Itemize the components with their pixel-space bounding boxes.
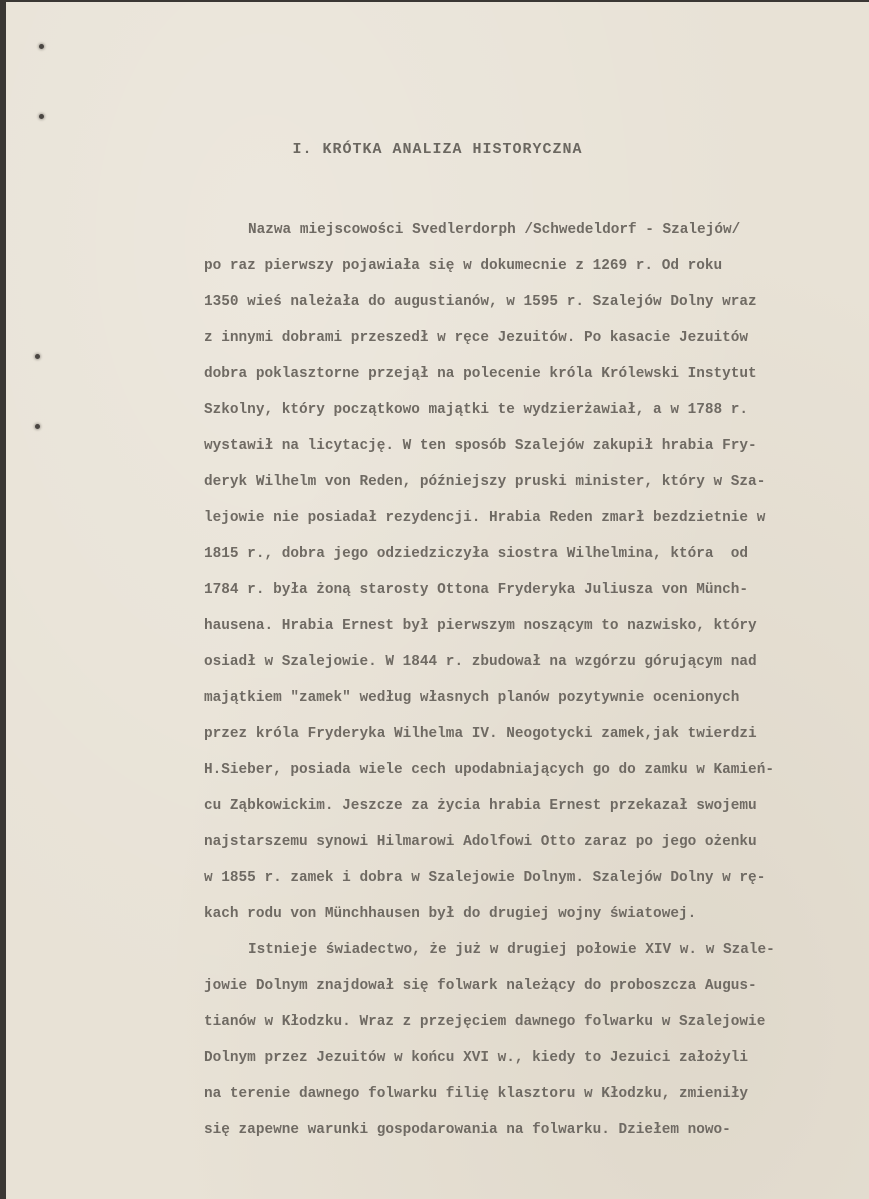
text-line: na terenie dawnego folwarku filię klaszt… — [204, 1086, 748, 1102]
text-line: dobra poklasztorne przejął na polecenie … — [204, 366, 757, 382]
text-line: się zapewne warunki gospodarowania na fo… — [204, 1122, 731, 1138]
text-line: deryk Wilhelm von Reden, późniejszy prus… — [204, 474, 765, 490]
text-line: Nazwa miejscowości Svedlerdorph /Schwede… — [248, 222, 740, 238]
text-line: Szkolny, który początkowo majątki te wyd… — [204, 402, 748, 418]
text-line: z innymi dobrami przeszedł w ręce Jezuit… — [204, 330, 748, 346]
text-line: 1350 wieś należała do augustianów, w 159… — [204, 294, 757, 310]
text-line: jowie Dolnym znajdował się folwark należ… — [204, 978, 757, 994]
text-line: po raz pierwszy pojawiała się w dokumecn… — [204, 258, 722, 274]
text-line: cu Ząbkowickim. Jeszcze za życia hrabia … — [204, 798, 757, 814]
text-line: tianów w Kłodzku. Wraz z przejęciem dawn… — [204, 1014, 765, 1030]
text-line: 1815 r., dobra jego odziedziczyła siostr… — [204, 546, 748, 562]
text-line: hausena. Hrabia Ernest był pierwszym nos… — [204, 618, 757, 634]
text-line: wystawił na licytację. W ten sposób Szal… — [204, 438, 757, 454]
text-line: Dolnym przez Jezuitów w końcu XVI w., ki… — [204, 1050, 748, 1066]
text-line: w 1855 r. zamek i dobra w Szalejowie Dol… — [204, 870, 765, 886]
text-line: Istnieje świadectwo, że już w drugiej po… — [248, 942, 775, 958]
text-line: przez króla Fryderyka Wilhelma IV. Neogo… — [204, 726, 757, 742]
body-text: Nazwa miejscowości Svedlerdorph /Schwede… — [6, 2, 41, 482]
text-line: osiadł w Szalejowie. W 1844 r. zbudował … — [204, 654, 757, 670]
text-line: 1784 r. była żoną starosty Ottona Fryder… — [204, 582, 748, 598]
document-page: I. KRÓTKA ANALIZA HISTORYCZNA Nazwa miej… — [6, 2, 869, 1199]
text-line: lejowie nie posiadał rezydencji. Hrabia … — [204, 510, 765, 526]
text-line: majątkiem "zamek" według własnych planów… — [204, 690, 739, 706]
section-heading: I. KRÓTKA ANALIZA HISTORYCZNA — [6, 141, 869, 158]
text-line: kach rodu von Münchhausen był do drugiej… — [204, 906, 696, 922]
text-line: najstarszemu synowi Hilmarowi Adolfowi O… — [204, 834, 757, 850]
text-line: H.Sieber, posiada wiele cech upodabniają… — [204, 762, 774, 778]
